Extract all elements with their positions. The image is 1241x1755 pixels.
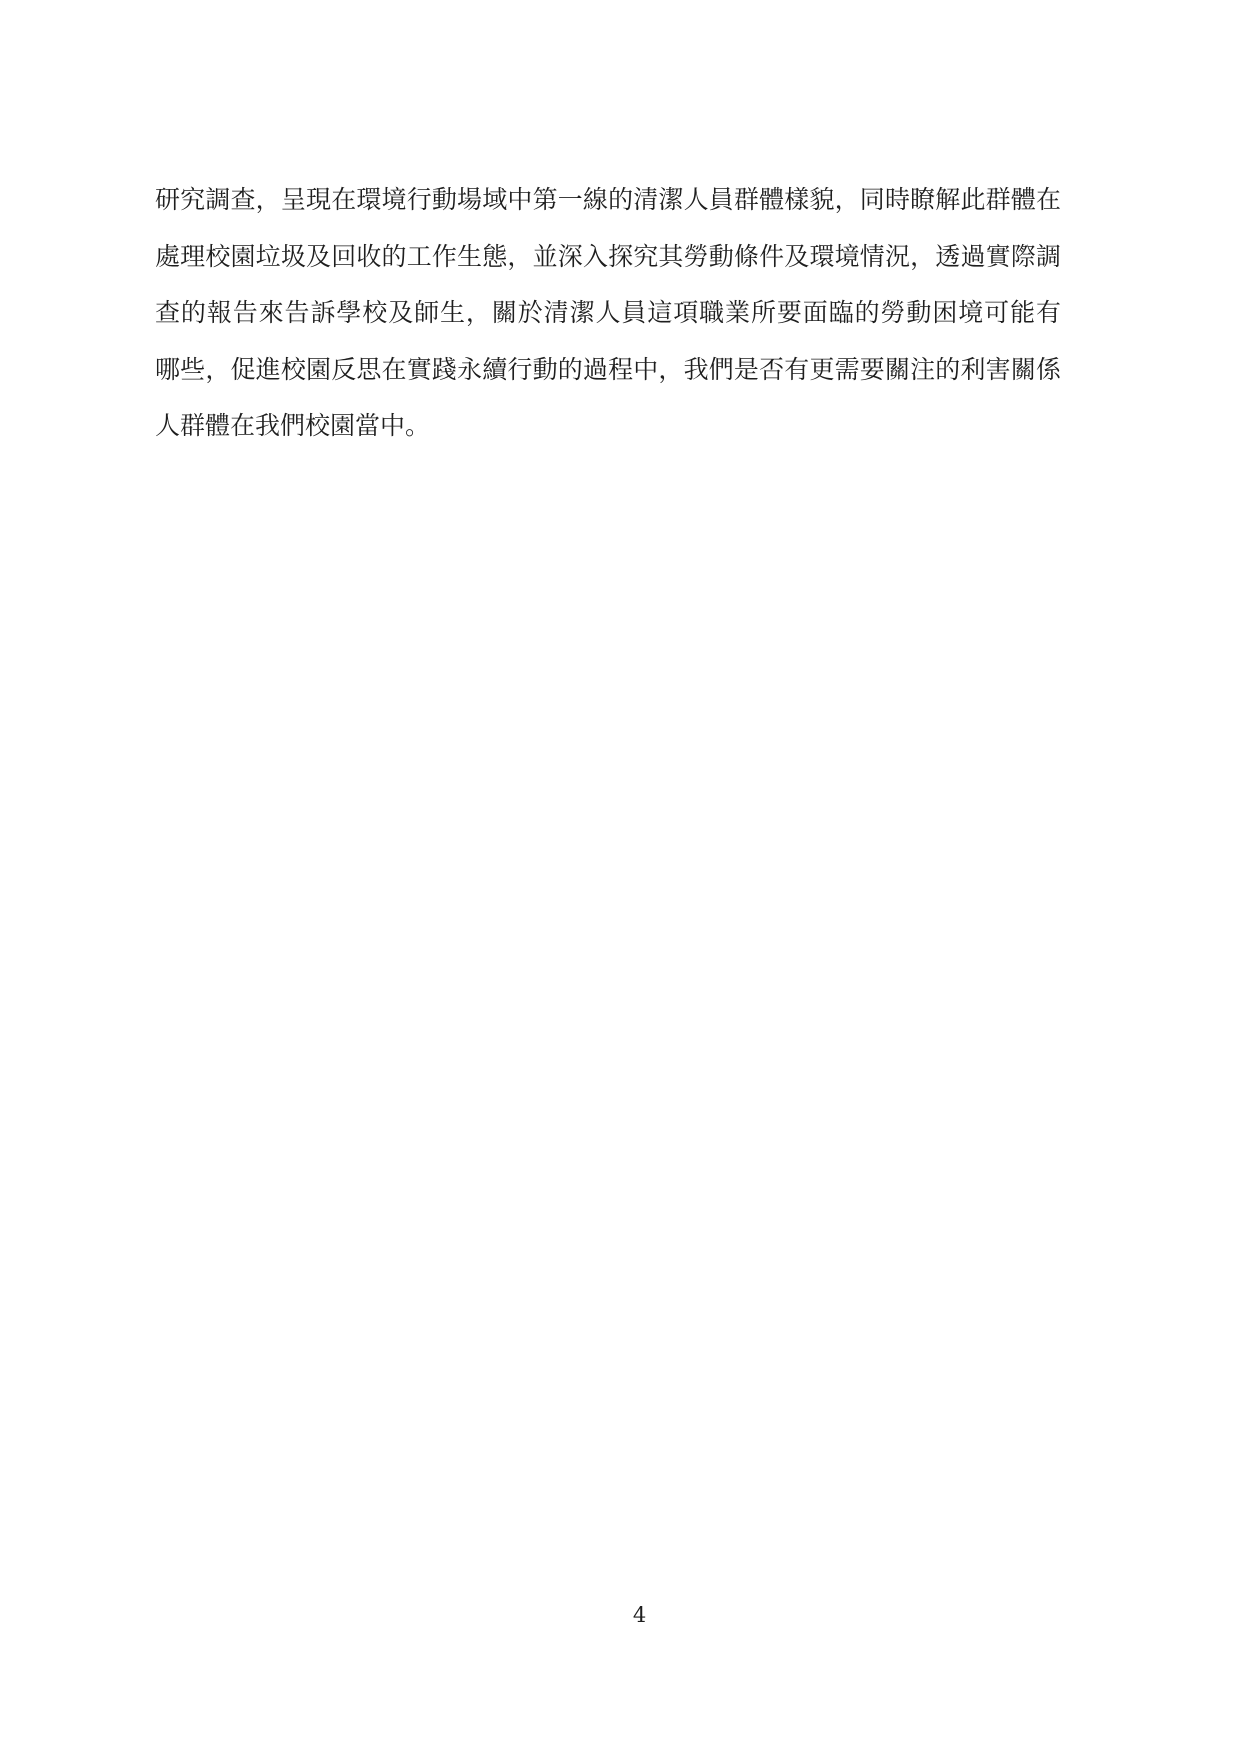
paragraph-line: 處理校園垃圾及回收的工作生態，並深入探究其勞動條件及環境情況，透過實際調 [155,229,1061,286]
paragraph-line: 研究調查，呈現在環境行動場域中第一線的清潔人員群體樣貌，同時瞭解此群體在 [155,172,1061,229]
paragraph-line: 查的報告來告訴學校及師生，關於清潔人員這項職業所要面臨的勞動困境可能有 [155,285,1061,342]
paragraph-line: 哪些，促進校園反思在實踐永續行動的過程中，我們是否有更需要關注的利害關係 [155,342,1061,399]
page-number: 4 [633,1603,646,1627]
document-page: 研究調查，呈現在環境行動場域中第一線的清潔人員群體樣貌，同時瞭解此群體在 處理校… [0,0,1241,1755]
body-paragraph: 研究調查，呈現在環境行動場域中第一線的清潔人員群體樣貌，同時瞭解此群體在 處理校… [155,172,1061,455]
page-footer: 4 [0,1603,1241,1627]
paragraph-line: 人群體在我們校園當中。 [155,398,1061,455]
